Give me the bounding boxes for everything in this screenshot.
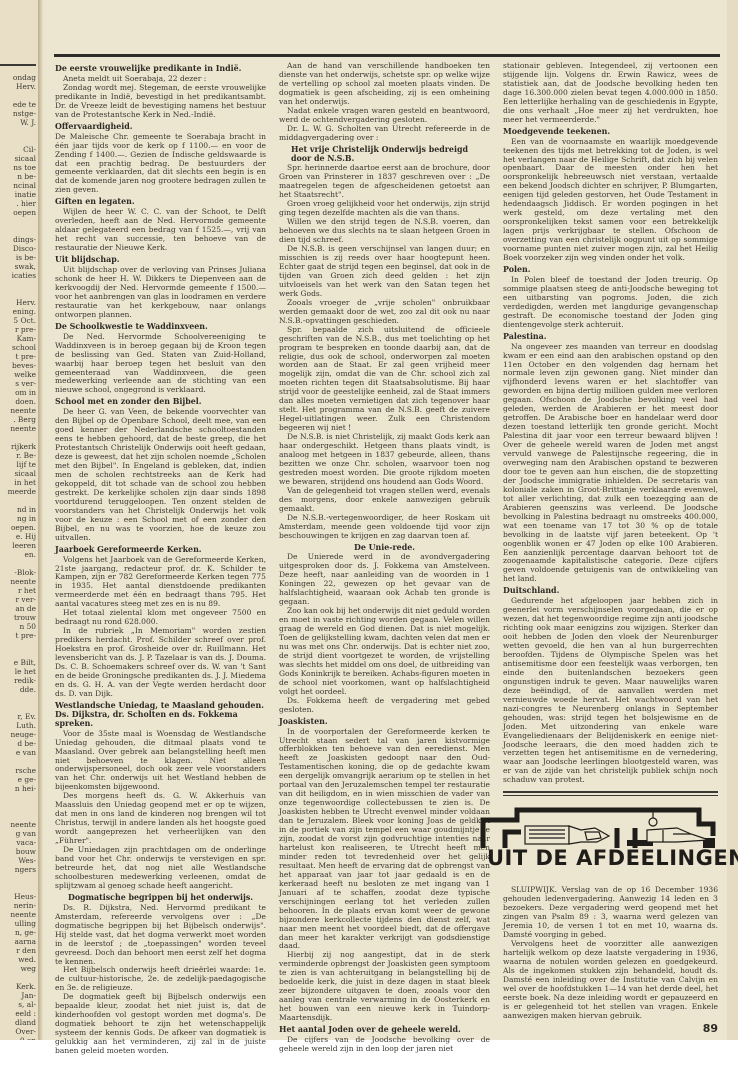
facing-page-fragment: school	[8, 343, 36, 352]
article-paragraph: Een van de voornaamste en waarlijk moedg…	[503, 138, 718, 263]
article-paragraph: Van de gelegenheid tot vragen stellen we…	[279, 487, 490, 514]
facing-page-fragment: beves-	[8, 361, 36, 370]
article-heading: De Schoolkwestie te Waddinxveen.	[55, 323, 266, 332]
facing-page-fragment: 5 Oct.	[8, 316, 36, 325]
magazine-page: ondagHerv.ede tenstge-W. J.Cil-sicaalns …	[0, 0, 738, 1040]
article-paragraph: Zondag wordt mej. Stegeman, de eerste vr…	[55, 84, 266, 120]
article-paragraph: Ds. R. Dijkstra, Ned. Hervormd predikant…	[55, 904, 266, 967]
article-heading: Uit blijdschap.	[55, 256, 266, 265]
facing-page-fragment: trouw	[8, 613, 36, 622]
facing-page-fragment: meerde	[8, 487, 36, 496]
facing-page-fragment: t pre-	[8, 352, 36, 361]
banner-title: UIT DE AFDEELINGEN	[487, 854, 727, 863]
article-paragraph: Dr. L. W. G. Scholten van Utrecht refere…	[279, 125, 490, 143]
facing-page-fragment: inatie	[8, 190, 36, 199]
facing-page-fragment: redik-	[8, 676, 36, 685]
facing-page-fragment: -Blok-	[8, 568, 36, 577]
article-heading: Dogmatische begrippen bij het onderwijs.	[55, 894, 266, 903]
article-paragraph: Nadat enkele vragen waren gesteld en bea…	[279, 107, 490, 125]
facing-page-fragment: doen.	[8, 397, 36, 406]
page-margin	[727, 0, 738, 1040]
article-paragraph: Vervolgens heet de voorzitter alle aanwe…	[503, 940, 718, 1021]
facing-page-fragment: icaties	[8, 271, 36, 280]
article-paragraph: Aan de hand van verschillende handboeken…	[279, 62, 490, 107]
facing-page-fragment: e. Hij	[8, 532, 36, 541]
facing-page-fragment: oepen	[8, 208, 36, 217]
article-paragraph: In de voorportalen der Gereformeerde ker…	[279, 728, 490, 952]
facing-page-fragment	[8, 127, 36, 136]
facing-page-fragment: in het	[8, 478, 36, 487]
facing-page-fragment: aarna	[8, 937, 36, 946]
article-paragraph: In de rubriek „In Memoriam" worden zesti…	[55, 627, 266, 699]
article-paragraph: De heer G. van Veen, de bekende voorvech…	[55, 408, 266, 542]
facing-page-fragment	[8, 289, 36, 298]
column-middle: Aan de hand van verschillende handboeken…	[279, 62, 490, 1054]
facing-page-fragment	[8, 280, 36, 289]
facing-page-fragment: ondag	[8, 73, 36, 82]
facing-page-fragment: Herv.	[8, 82, 36, 91]
article-paragraph: stationair gebleven. Integendeel, zij ve…	[503, 62, 718, 125]
facing-page-fragment: rijkerk	[8, 442, 36, 451]
facing-page-fragment	[8, 703, 36, 712]
facing-page-fragment: sicaal	[8, 469, 36, 478]
facing-page-fragment	[8, 793, 36, 802]
facing-page-fragment: an de	[8, 604, 36, 613]
article-paragraph: Groen vroeg gelijkheid voor het onderwij…	[279, 200, 490, 218]
article-paragraph: De Uniedagen zijn prachtdagen om de onde…	[55, 846, 266, 891]
article-paragraph: Gedurende het afgeloopen jaar hebben zic…	[503, 597, 718, 785]
facing-page-fragment: r ver-	[8, 595, 36, 604]
facing-page-fragment: s, al-	[8, 1000, 36, 1009]
article-paragraph: Wijlen de heer W. C. C. van der Schoot, …	[55, 208, 266, 253]
article-paragraph: Spr. bepaalde zich uitsluitend de offici…	[279, 326, 490, 433]
article-paragraph: In Polen bleef de toestand der Joden tre…	[503, 276, 718, 330]
article-heading: Westlandsche Uniedag, te Maasland gehoud…	[55, 702, 266, 729]
facing-page-fragment: dland	[8, 1018, 36, 1027]
section-banner: UIT DE AFDEELINGEN	[503, 802, 718, 882]
facing-page-fragment: ngers	[8, 865, 36, 874]
column-left: De eerste vrouwelijke predikante in Indi…	[55, 62, 266, 1056]
facing-page-fragment: s ver-	[8, 379, 36, 388]
facing-page-fragment: neente	[8, 424, 36, 433]
facing-page-fragment: Jan-	[8, 991, 36, 1000]
facing-page-fragment: vaca-	[8, 838, 36, 847]
facing-page-fragment: dings-	[8, 235, 36, 244]
article-heading: Moedgevende teekenen.	[503, 128, 718, 137]
article-heading: Polen.	[503, 266, 718, 275]
article-paragraph: Ds. Fokkema heeft de vergadering met geb…	[279, 697, 490, 715]
facing-page-fragment: Luth.	[8, 721, 36, 730]
facing-page-fragment: ening.	[8, 307, 36, 316]
facing-page-fragment: nerin-	[8, 901, 36, 910]
facing-page-fragment	[8, 694, 36, 703]
facing-page-fragment: neente	[8, 577, 36, 586]
facing-page-fragment: r pre-	[8, 325, 36, 334]
facing-page-fragment: e ge-	[8, 775, 36, 784]
facing-page-fragment	[8, 136, 36, 145]
facing-page-fragment: neuge-	[8, 730, 36, 739]
article-paragraph: Het Bijbelsch onderwijs heeft drieërlei …	[55, 966, 266, 993]
facing-page-fragment	[8, 226, 36, 235]
section-divider	[503, 791, 718, 793]
facing-page-fragment: wed.	[8, 955, 36, 964]
facing-page-fragment: e Bilt,	[8, 658, 36, 667]
article-paragraph: Het totaal zielental klom met ongeveer 7…	[55, 609, 266, 627]
facing-page-fragment: Over-	[8, 1027, 36, 1036]
facing-page-fragment: eeld :	[8, 1009, 36, 1018]
article-paragraph: De cijfers van de Joodsche bevolking ove…	[279, 1036, 490, 1054]
section-divider-thin	[503, 795, 718, 796]
page-gutter	[38, 0, 43, 1040]
facing-page-fragment: le het	[8, 667, 36, 676]
facing-page-fragment	[8, 802, 36, 811]
facing-page-edge: ondagHerv.ede tenstge-W. J.Cil-sicaalns …	[0, 0, 38, 1040]
facing-page-fragment: ncinal	[8, 181, 36, 190]
article-paragraph: Uit blijdschap over de verloving van Pri…	[55, 266, 266, 320]
facing-page-fragment: swak,	[8, 262, 36, 271]
facing-page-fragment: ulling	[8, 919, 36, 928]
facing-page-fragment	[8, 811, 36, 820]
page-number: 89	[503, 1025, 718, 1034]
facing-page-fragment: 0 en	[8, 1036, 36, 1040]
article-paragraph: SLUIPWIJK. Verslag van de op 16 December…	[503, 886, 718, 940]
article-paragraph: De Maleische Chr. gemeente te Soerabaja …	[55, 133, 266, 196]
facing-page-fragment: r den	[8, 946, 36, 955]
facing-page-fragment: nd in	[8, 505, 36, 514]
facing-page-fragment: leeren	[8, 541, 36, 550]
facing-page-fragment: ns toe	[8, 163, 36, 172]
facing-page-fragment	[8, 91, 36, 100]
article-paragraph: Volgens het Jaarboek van de Gereformeerd…	[55, 556, 266, 610]
article-paragraph: Na ongeveer zes maanden van terreur en d…	[503, 343, 718, 585]
facing-page-fragment	[8, 433, 36, 442]
facing-page-fragment: r, Ev.	[8, 712, 36, 721]
facing-page-fragment: Herv.	[8, 298, 36, 307]
facing-page-fragment	[8, 973, 36, 982]
article-paragraph: De N.S.B. is niet Christelijk, zij maakt…	[279, 433, 490, 487]
facing-page-fragment: g van	[8, 829, 36, 838]
article-paragraph: De Unierede werd in de avondvergadering …	[279, 553, 490, 607]
column-right: stationair gebleven. Integendeel, zij ve…	[503, 62, 718, 1034]
article-heading: Het aantal Joden over de geheele wereld.	[279, 1026, 490, 1035]
facing-page-fragment: ede te	[8, 100, 36, 109]
facing-page-fragment: neente	[8, 406, 36, 415]
facing-page-fragment: neente	[8, 820, 36, 829]
facing-page-fragment: rsche	[8, 766, 36, 775]
facing-page-rule	[0, 64, 36, 66]
facing-page-fragment	[8, 649, 36, 658]
article-paragraph: Spr. herinnerde daartoe eerst aan de bro…	[279, 164, 490, 200]
facing-page-fragment: weg	[8, 964, 36, 973]
facing-page-fragment: d be-	[8, 739, 36, 748]
facing-page-fragment: om in	[8, 388, 36, 397]
facing-page-fragment: W. J.	[8, 118, 36, 127]
article-paragraph: Zooals vroeger de „vrije scholen" onbrui…	[279, 299, 490, 326]
article-heading: Jaarboek Gereformeerde Kerken.	[55, 546, 266, 555]
article-heading: Joaskisten.	[279, 718, 490, 727]
facing-page-fragment: Heus-	[8, 892, 36, 901]
article-paragraph: Des morgens heeft ds. G. W. Akkerhuis va…	[55, 792, 266, 846]
facing-page-fragment	[8, 883, 36, 892]
article-heading: Duitschland.	[503, 587, 718, 596]
facing-page-fragment: lijf te	[8, 460, 36, 469]
facing-page-fragment: en.	[8, 550, 36, 559]
facing-page-fragment	[8, 496, 36, 505]
facing-page-fragment: Disco-	[8, 244, 36, 253]
facing-page-fragment: t pre-	[8, 631, 36, 640]
facing-page-fragment: n be-	[8, 172, 36, 181]
facing-page-text-fragments: ondagHerv.ede tenstge-W. J.Cil-sicaalns …	[8, 73, 38, 1040]
article-paragraph: Voor de 35ste maal is Woensdag de Westla…	[55, 730, 266, 793]
facing-page-fragment: Cil-	[8, 145, 36, 154]
facing-page-fragment: r het	[8, 586, 36, 595]
facing-page-fragment: is be-	[8, 253, 36, 262]
article-heading: Palestina.	[503, 333, 718, 342]
header-rule	[54, 54, 720, 57]
facing-page-fragment: dde.	[8, 685, 36, 694]
facing-page-fragment: ng in	[8, 514, 36, 523]
facing-page-fragment	[8, 640, 36, 649]
facing-page-fragment: sicaal	[8, 154, 36, 163]
facing-page-fragment: r. Be-	[8, 451, 36, 460]
article-heading: School met en zonder den Bijbel.	[55, 398, 266, 407]
facing-page-fragment	[8, 757, 36, 766]
facing-page-fragment: Kam-	[8, 334, 36, 343]
facing-page-fragment: bouw	[8, 847, 36, 856]
article-paragraph: Zoo kan ook bij het onderwijs dit niet g…	[279, 607, 490, 697]
facing-page-fragment: Kerk.	[8, 982, 36, 991]
facing-page-fragment: n hei-	[8, 784, 36, 793]
facing-page-fragment: . Berg	[8, 415, 36, 424]
article-paragraph: De Ned. Hervormde Schoolvereeniging te W…	[55, 333, 266, 396]
article-paragraph: Willen we den strijd tegen de N.S.B. voe…	[279, 218, 490, 245]
article-paragraph: De N.S.B. is geen verschijnsel van lange…	[279, 245, 490, 299]
article-heading: Offervaardigheid.	[55, 123, 266, 132]
article-heading: Giften en legaten.	[55, 198, 266, 207]
facing-page-fragment: . hier	[8, 199, 36, 208]
facing-page-fragment: welke	[8, 370, 36, 379]
article-heading: De Unie-rede.	[279, 544, 490, 553]
facing-page-fragment	[8, 559, 36, 568]
facing-page-fragment: nstge-	[8, 109, 36, 118]
facing-page-fragment: Wes-	[8, 856, 36, 865]
facing-page-fragment	[8, 217, 36, 226]
facing-page-fragment: oepen.	[8, 523, 36, 532]
facing-page-fragment	[8, 874, 36, 883]
article-paragraph: Hierbij zij nog aangestipt, dat in de st…	[279, 951, 490, 1023]
article-heading: De eerste vrouwelijke predikante in Indi…	[55, 65, 266, 74]
facing-page-fragment: e van	[8, 748, 36, 757]
facing-page-fragment: n 50	[8, 622, 36, 631]
article-paragraph: De dogmatiek geeft bij Bijbelsch onderwi…	[55, 993, 266, 1056]
facing-page-fragment: neente	[8, 910, 36, 919]
facing-page-fragment: n, ge-	[8, 928, 36, 937]
article-heading: Het vrije Christelijk Onderwijs bedreigd…	[279, 146, 490, 164]
article-paragraph: De N.S.B.-vertegenwoordiger, de heer Ros…	[279, 514, 490, 541]
